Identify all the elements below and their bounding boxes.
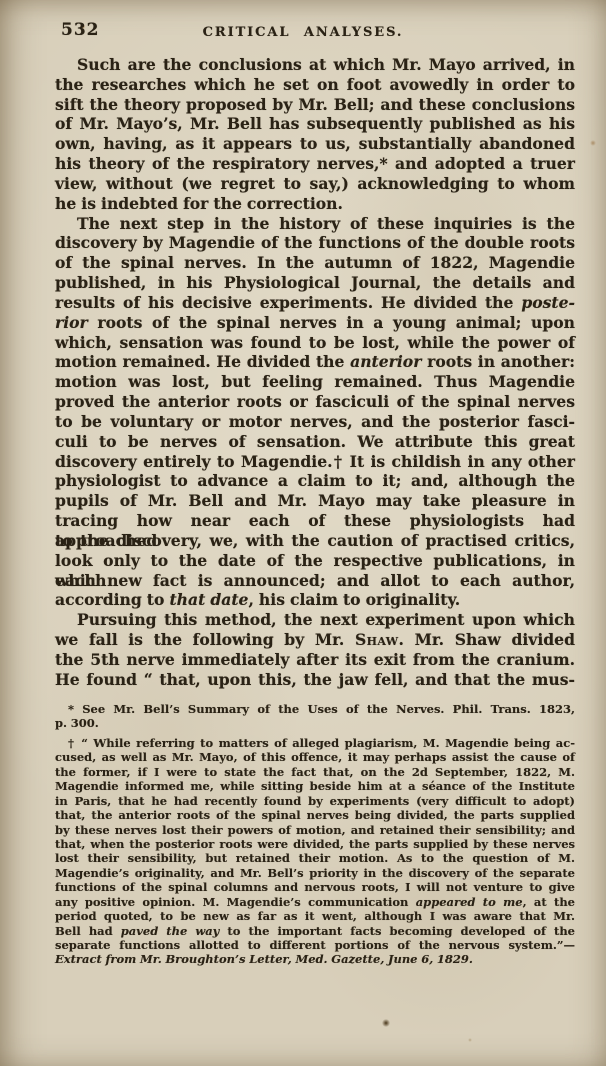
text-segment: discovery entirely to Magendie.† It is c…	[55, 452, 575, 471]
foxing-spot	[468, 1038, 472, 1042]
text-segment: in Paris, that he had recently found by …	[55, 794, 575, 808]
text-line: that, when the posterior roots were divi…	[55, 837, 575, 851]
text-segment: † “ While referring to matters of allege…	[68, 736, 575, 750]
text-segment: to be voluntary or motor nerves, and the…	[55, 412, 575, 431]
text-line: * See Mr. Bell’s Summary of the Uses of …	[55, 702, 575, 716]
text-line: proved the anterior roots or fasciculi o…	[55, 392, 575, 412]
text-segment: that, when the posterior roots were divi…	[55, 837, 575, 851]
text-segment: which, sensation was found to be lost, w…	[55, 333, 575, 352]
text-segment: any positive opinion. M. Magendie’s comm…	[55, 895, 416, 909]
text-segment: the 5th nerve immediately after its exit…	[55, 650, 575, 669]
text-line: Magendie informed me, while sitting besi…	[55, 779, 575, 793]
text-line: rior roots of the spinal nerves in a you…	[55, 313, 575, 333]
text-segment: culi to be nerves of sensation. We attri…	[55, 432, 575, 451]
text-line: Such are the conclusions at which Mr. Ma…	[55, 55, 575, 75]
text-line: sift the theory proposed by Mr. Bell; an…	[55, 95, 575, 115]
text-segment: the former, if I were to state the fact …	[55, 765, 575, 779]
text-line: Extract from Mr. Broughton’s Letter, Med…	[55, 952, 575, 966]
text-line: we fall is the following by Mr. Shaw. Mr…	[55, 630, 575, 650]
text-line: the researches which he set on foot avow…	[55, 75, 575, 95]
text-line: physiologist to advance a claim to it; a…	[55, 471, 575, 491]
text-segment: that date	[169, 590, 248, 609]
text-line: functions of the spinal columns and nerv…	[55, 880, 575, 894]
text-line: motion remained. He divided the anterior…	[55, 352, 575, 372]
text-segment: according to	[55, 590, 169, 609]
text-segment: motion was lost, but feeling remained. T…	[55, 372, 575, 391]
text-segment: we fall is the following by Mr.	[55, 630, 355, 649]
text-line: † “ While referring to matters of allege…	[55, 736, 575, 750]
text-line: The next step in the history of these in…	[55, 214, 575, 234]
text-segment: Such are the conclusions at which Mr. Ma…	[77, 55, 575, 74]
text-line: cused, as well as Mr. Mayo, of this offe…	[55, 750, 575, 764]
text-line: according to that date, his claim to ori…	[55, 590, 575, 610]
text-segment: The next step in the history of these in…	[77, 214, 575, 233]
footnote-asterisk: * See Mr. Bell’s Summary of the Uses of …	[55, 702, 575, 731]
text-segment: motion remained. He divided the	[55, 352, 350, 371]
text-line: Pursuing this method, the next experimen…	[55, 610, 575, 630]
text-segment: . Mr. Shaw divided	[399, 630, 575, 649]
text-line: Magendie’s originality, and Mr. Bell’s p…	[55, 866, 575, 880]
text-segment: paved the way	[121, 924, 220, 938]
text-line: discovery by Magendie of the functions o…	[55, 233, 575, 253]
text-line: p. 300.	[55, 716, 575, 730]
text-segment: the researches which he set on foot avow…	[55, 75, 575, 94]
text-line: tracing how near each of these physiolog…	[55, 511, 575, 531]
ink-stain	[382, 1019, 390, 1027]
text-segment: that, the anterior roots of the spinal n…	[55, 808, 575, 822]
text-line: each new fact is announced; and allot to…	[55, 571, 575, 591]
text-segment: cused, as well as Mr. Mayo, of this offe…	[55, 750, 575, 764]
text-line: the former, if I were to state the fact …	[55, 765, 575, 779]
text-line: separate functions allotted to different…	[55, 938, 575, 952]
text-segment: view, without (we regret to say,) acknow…	[55, 174, 575, 193]
text-segment: Magendie informed me, while sitting besi…	[55, 779, 575, 793]
text-line: motion was lost, but feeling remained. T…	[55, 372, 575, 392]
text-segment: Extract from Mr. Broughton’s Letter, Med…	[55, 952, 473, 966]
foxing-spot	[590, 140, 596, 146]
text-segment: anterior	[350, 352, 421, 371]
text-segment: pupils of Mr. Bell and Mr. Mayo may take…	[55, 491, 575, 510]
text-segment: physiologist to advance a claim to it; a…	[55, 471, 575, 490]
text-line: to the discovery, we, with the caution o…	[55, 531, 575, 551]
text-segment: Bell had	[55, 924, 121, 938]
text-segment: , his claim to originality.	[248, 590, 460, 609]
text-line: to be voluntary or motor nerves, and the…	[55, 412, 575, 432]
text-segment: appeared to me	[416, 895, 523, 909]
text-line: culi to be nerves of sensation. We attri…	[55, 432, 575, 452]
text-segment: results of his decisive experiments. He …	[55, 293, 521, 312]
text-line: lost their sensibility, but retained the…	[55, 851, 575, 865]
footnote-dagger: † “ While referring to matters of allege…	[55, 736, 575, 967]
text-segment: roots in another:	[421, 352, 575, 371]
text-segment: each new fact is announced; and allot to…	[55, 571, 575, 590]
text-line: He found “ that, upon this, the jaw fell…	[55, 670, 575, 690]
text-line: pupils of Mr. Bell and Mr. Mayo may take…	[55, 491, 575, 511]
text-line: view, without (we regret to say,) acknow…	[55, 174, 575, 194]
text-line: his theory of the respiratory nerves,* a…	[55, 154, 575, 174]
text-segment: period quoted, to be new as far as it we…	[55, 909, 575, 923]
text-segment: * See Mr. Bell’s Summary of the Uses of …	[68, 702, 575, 716]
text-line: of the spinal nerves. In the autumn of 1…	[55, 253, 575, 273]
text-line: results of his decisive experiments. He …	[55, 293, 575, 313]
text-segment: rior	[55, 313, 88, 332]
text-segment: discovery by Magendie of the functions o…	[55, 233, 575, 252]
footnotes-block: * See Mr. Bell’s Summary of the Uses of …	[55, 702, 575, 967]
text-line: that, the anterior roots of the spinal n…	[55, 808, 575, 822]
text-line: by these nerves lost their powers of mot…	[55, 823, 575, 837]
text-line: in Paris, that he had recently found by …	[55, 794, 575, 808]
text-segment: poste-	[521, 293, 575, 312]
text-line: own, having, as it appears to us, substa…	[55, 134, 575, 154]
text-segment: to the important facts becoming develope…	[219, 924, 575, 938]
text-segment: sift the theory proposed by Mr. Bell; an…	[55, 95, 575, 114]
text-segment: separate functions allotted to different…	[55, 938, 575, 952]
text-segment: He found “ that, upon this, the jaw fell…	[55, 670, 575, 689]
main-text-block: Such are the conclusions at which Mr. Ma…	[55, 55, 575, 690]
text-line: he is indebted for the correction.	[55, 194, 575, 214]
text-segment: by these nerves lost their powers of mot…	[55, 823, 575, 837]
text-line: period quoted, to be new as far as it we…	[55, 909, 575, 923]
text-line: discovery entirely to Magendie.† It is c…	[55, 452, 575, 472]
text-line: the 5th nerve immediately after its exit…	[55, 650, 575, 670]
text-segment: roots of the spinal nerves in a young an…	[88, 313, 575, 332]
text-segment: of the spinal nerves. In the autumn of 1…	[55, 253, 575, 272]
text-line: which, sensation was found to be lost, w…	[55, 333, 575, 353]
text-segment: Pursuing this method, the next experimen…	[77, 610, 575, 629]
text-segment: , at the	[523, 895, 575, 909]
text-line: any positive opinion. M. Magendie’s comm…	[55, 895, 575, 909]
text-segment: lost their sensibility, but retained the…	[55, 851, 575, 865]
text-segment: of Mr. Mayo’s, Mr. Bell has subsequently…	[55, 114, 575, 133]
text-segment: to the discovery, we, with the caution o…	[55, 531, 575, 550]
book-page: 532 CRITICAL ANALYSES. Such are the conc…	[0, 0, 606, 1066]
text-segment: Magendie’s originality, and Mr. Bell’s p…	[55, 866, 575, 880]
text-segment: functions of the spinal columns and nerv…	[55, 880, 575, 894]
text-line: published, in his Physiological Journal,…	[55, 273, 575, 293]
text-segment: he is indebted for the correction.	[55, 194, 343, 213]
text-segment: proved the anterior roots or fasciculi o…	[55, 392, 575, 411]
text-line: look only to the date of the respective …	[55, 551, 575, 571]
text-segment: his theory of the respiratory nerves,* a…	[55, 154, 575, 173]
text-segment: Shaw	[355, 630, 399, 649]
text-segment: published, in his Physiological Journal,…	[55, 273, 575, 292]
text-line: Bell had paved the way to the important …	[55, 924, 575, 938]
running-header: CRITICAL ANALYSES.	[0, 25, 606, 40]
text-line: of Mr. Mayo’s, Mr. Bell has subsequently…	[55, 114, 575, 134]
text-segment: p. 300.	[55, 716, 99, 730]
text-segment: own, having, as it appears to us, substa…	[55, 134, 575, 153]
